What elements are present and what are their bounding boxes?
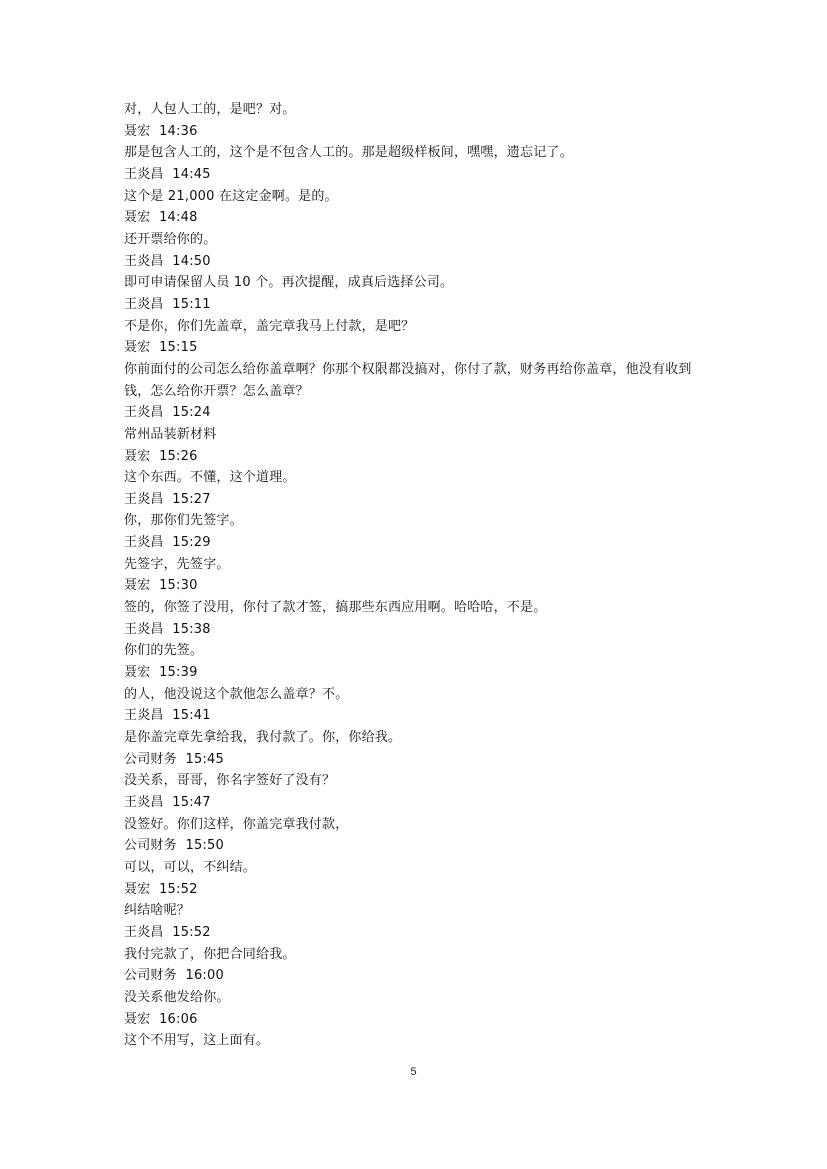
message-text: 你们的先签。	[124, 640, 714, 662]
message-text: 这个不用写，这上面有。	[124, 1030, 714, 1052]
message-text: 的人，他没说这个款他怎么盖章？不。	[124, 684, 714, 706]
timestamp: 15:45	[185, 752, 223, 767]
speaker-name: 聂宏	[124, 340, 150, 355]
speaker-name: 聂宏	[124, 665, 150, 680]
speaker-header: 王炎昌 15:41	[124, 705, 714, 727]
message-text: 还开票给你的。	[124, 229, 714, 251]
message-text: 你，那你们先签字。	[124, 510, 714, 532]
transcript-body: 对，人包人工的，是吧？对。 聂宏 14:36 那是包含人工的，这个是不包含人工的…	[124, 99, 714, 1052]
speaker-name: 王炎昌	[124, 925, 164, 940]
message-text: 常州品装新材料	[124, 424, 714, 446]
timestamp: 16:00	[185, 968, 223, 983]
timestamp: 14:36	[159, 124, 197, 139]
speaker-header: 王炎昌 15:24	[124, 402, 714, 424]
timestamp: 14:45	[172, 167, 210, 182]
message-text: 没关系，哥哥，你名字签好了没有？	[124, 770, 714, 792]
timestamp: 15:52	[159, 882, 197, 897]
speaker-header: 聂宏 15:39	[124, 662, 714, 684]
timestamp: 14:50	[172, 254, 210, 269]
timestamp: 14:48	[159, 210, 197, 225]
speaker-header: 聂宏 15:52	[124, 879, 714, 901]
timestamp: 15:26	[159, 449, 197, 464]
speaker-name: 聂宏	[124, 124, 150, 139]
speaker-header: 聂宏 15:15	[124, 337, 714, 359]
speaker-header: 王炎昌 15:27	[124, 489, 714, 511]
speaker-header: 聂宏 15:26	[124, 446, 714, 468]
speaker-header: 聂宏 15:30	[124, 575, 714, 597]
speaker-header: 王炎昌 15:52	[124, 922, 714, 944]
speaker-name: 公司财务	[124, 838, 177, 853]
message-text: 先签字，先签字。	[124, 554, 714, 576]
message-text: 签的，你签了没用，你付了款才签，搞那些东西应用啊。哈哈哈，不是。	[124, 597, 714, 619]
speaker-header: 聂宏 14:36	[124, 121, 714, 143]
speaker-name: 王炎昌	[124, 492, 164, 507]
speaker-name: 王炎昌	[124, 405, 164, 420]
message-text: 可以，可以，不纠结。	[124, 857, 714, 879]
message-text: 那是包含人工的，这个是不包含人工的。那是超级样板间，嘿嘿，遗忘记了。	[124, 142, 714, 164]
message-text: 即可申请保留人员 10 个。再次提醒，成真后选择公司。	[124, 272, 714, 294]
speaker-header: 聂宏 16:06	[124, 1009, 714, 1031]
message-text: 纠结啥呢？	[124, 900, 714, 922]
message-text: 没签好。你们这样，你盖完章我付款，	[124, 814, 714, 836]
speaker-name: 聂宏	[124, 210, 150, 225]
timestamp: 15:15	[159, 340, 197, 355]
speaker-name: 王炎昌	[124, 297, 164, 312]
speaker-name: 王炎昌	[124, 535, 164, 550]
speaker-header: 王炎昌 15:47	[124, 792, 714, 814]
speaker-header: 王炎昌 14:45	[124, 164, 714, 186]
speaker-header: 王炎昌 15:38	[124, 619, 714, 641]
message-text: 我付完款了，你把合同给我。	[124, 944, 714, 966]
timestamp: 15:38	[172, 622, 210, 637]
timestamp: 15:11	[172, 297, 210, 312]
speaker-header: 王炎昌 14:50	[124, 251, 714, 273]
speaker-name: 聂宏	[124, 882, 150, 897]
timestamp: 15:52	[172, 925, 210, 940]
timestamp: 16:06	[159, 1012, 197, 1027]
page-number: 5	[0, 1066, 827, 1078]
message-text: 是你盖完章先拿给我，我付款了。你，你给我。	[124, 727, 714, 749]
speaker-name: 公司财务	[124, 968, 177, 983]
message-text: 不是你，你们先盖章，盖完章我马上付款，是吧？	[124, 316, 714, 338]
speaker-header: 公司财务 16:00	[124, 965, 714, 987]
speaker-name: 王炎昌	[124, 795, 164, 810]
message-text: 对，人包人工的，是吧？对。	[124, 99, 714, 121]
speaker-name: 王炎昌	[124, 167, 164, 182]
timestamp: 15:47	[172, 795, 210, 810]
timestamp: 15:27	[172, 492, 210, 507]
speaker-name: 聂宏	[124, 578, 150, 593]
speaker-name: 聂宏	[124, 1012, 150, 1027]
speaker-name: 王炎昌	[124, 622, 164, 637]
speaker-name: 王炎昌	[124, 254, 164, 269]
timestamp: 15:41	[172, 708, 210, 723]
speaker-header: 公司财务 15:45	[124, 749, 714, 771]
message-text: 没关系他发给你。	[124, 987, 714, 1009]
message-text: 你前面付的公司怎么给你盖章啊？你那个权限都没搞对，你付了款，财务再给你盖章，他没…	[124, 359, 714, 402]
timestamp: 15:29	[172, 535, 210, 550]
speaker-header: 王炎昌 15:29	[124, 532, 714, 554]
speaker-name: 王炎昌	[124, 708, 164, 723]
speaker-header: 公司财务 15:50	[124, 835, 714, 857]
timestamp: 15:39	[159, 665, 197, 680]
timestamp: 15:30	[159, 578, 197, 593]
message-text: 这个是 21,000 在这定金啊。是的。	[124, 186, 714, 208]
speaker-header: 聂宏 14:48	[124, 207, 714, 229]
timestamp: 15:50	[185, 838, 223, 853]
message-text: 这个东西。不懂，这个道理。	[124, 467, 714, 489]
timestamp: 15:24	[172, 405, 210, 420]
speaker-name: 聂宏	[124, 449, 150, 464]
speaker-name: 公司财务	[124, 752, 177, 767]
speaker-header: 王炎昌 15:11	[124, 294, 714, 316]
